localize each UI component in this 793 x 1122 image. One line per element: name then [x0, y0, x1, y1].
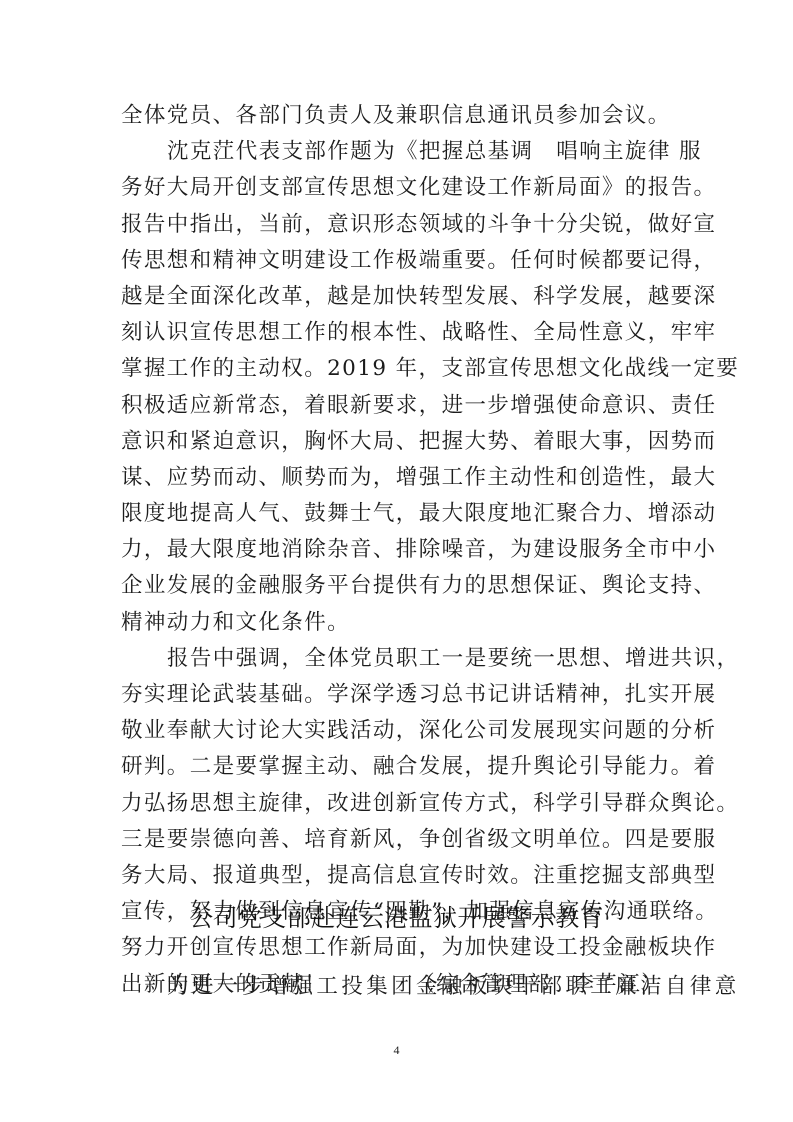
paragraph-line: 报告中强调，全体党员职工一是要统一思想、增进共识， [121, 641, 677, 677]
paragraph-line: 研判。二是要掌握主动、融合发展，提升舆论引导能力。着 [121, 749, 677, 785]
document-page: 全体党员、各部门负责人及兼职信息通讯员参加会议。 沈克茳代表支部作题为《把握总基… [0, 0, 793, 1122]
paragraph-line: 夯实理论武装基础。学深学透习总书记讲话精神，扎实开展 [121, 677, 677, 713]
paragraph-line: 沈克茳代表支部作题为《把握总基调 唱响主旋律 服 [121, 134, 677, 170]
paragraph-line: 越是全面深化改革，越是加快转型发展、科学发展，越要深 [121, 279, 677, 315]
paragraph-line: 限度地提高人气、鼓舞士气，最大限度地汇聚合力、增添动 [121, 496, 677, 532]
paragraph-line: 掌握工作的主动权。2019 年，支部宣传思想文化战线一定要 [121, 351, 677, 387]
paragraph-line: 企业发展的金融服务平台提供有力的思想保证、舆论支持、 [121, 568, 677, 604]
page-number: 4 [0, 1043, 793, 1058]
paragraph-line: 精神动力和文化条件。 [121, 605, 677, 641]
paragraph-line: 传思想和精神文明建设工作极端重要。任何时候都要记得， [121, 243, 677, 279]
paragraph-line: 敬业奉献大讨论大实践活动，深化公司发展现实问题的分析 [121, 713, 677, 749]
article-body: 全体党员、各部门负责人及兼职信息通讯员参加会议。 沈克茳代表支部作题为《把握总基… [121, 98, 677, 1003]
paragraph-line: 务大局、报道典型，提高信息宣传时效。注重挖掘支部典型 [121, 858, 677, 894]
paragraph-line: 三是要崇德向善、培育新风，争创省级文明单位。四是要服 [121, 822, 677, 858]
paragraph-line: 力弘扬思想主旋律，改进创新宣传方式，科学引导群众舆论。 [121, 786, 677, 822]
paragraph-line: 刻认识宣传思想工作的根本性、战略性、全局性意义，牢牢 [121, 315, 677, 351]
paragraph-line: 报告中指出，当前，意识形态领域的斗争十分尖锐，做好宣 [121, 207, 677, 243]
paragraph-line: 积极适应新常态，着眼新要求，进一步增强使命意识、责任 [121, 388, 677, 424]
paragraph-line: 意识和紧迫意识，胸怀大局、把握大势、着眼大事，因势而 [121, 424, 677, 460]
paragraph-line: 务好大局开创支部宣传思想文化建设工作新局面》的报告。 [121, 170, 677, 206]
paragraph-line: 力，最大限度地消除杂音、排除噪音，为建设服务全市中小 [121, 532, 677, 568]
paragraph-line: 努力开创宣传思想工作新局面，为加快建设工投金融板块作 [121, 930, 677, 966]
article-lead-paragraph: 为进一步增强工投集团金融板块干部职工廉洁自律意 [167, 969, 673, 1000]
paragraph-line: 全体党员、各部门负责人及兼职信息通讯员参加会议。 [121, 98, 677, 134]
article-title: 公司党支部赴连云港监狱开展警示教育 [0, 898, 793, 933]
paragraph-line: 谋、应势而动、顺势而为，增强工作主动性和创造性，最大 [121, 460, 677, 496]
